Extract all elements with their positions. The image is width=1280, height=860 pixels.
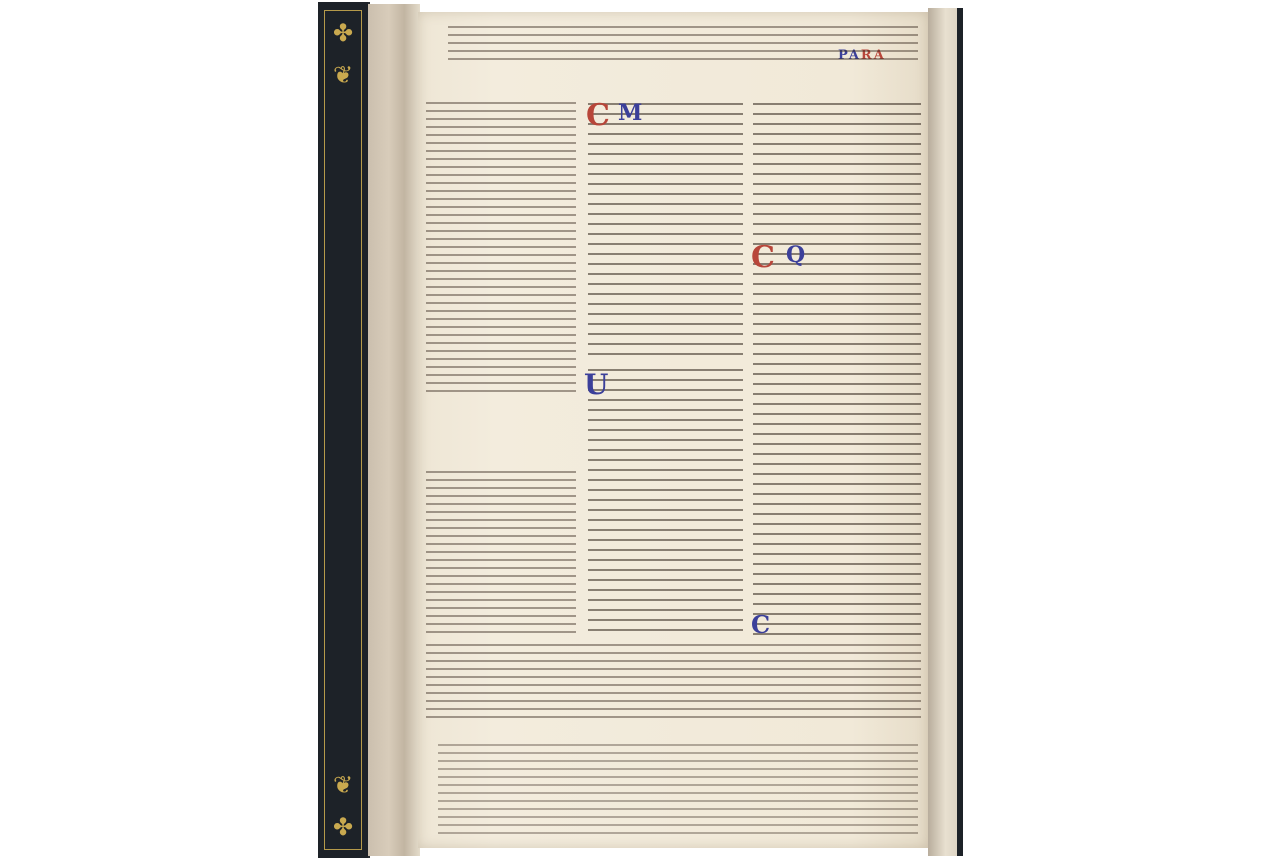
gilt-fleuron-icon: ✤ [330,814,356,840]
marginal-annotations [438,740,918,835]
bottom-gloss [426,640,921,720]
main-column-1-lower [588,364,743,634]
gilt-border [324,10,362,850]
initial-u-blue: U [584,368,608,401]
initial-c-red: C [586,98,610,133]
initial-q-blue: Q [786,242,805,268]
main-column-1-upper [588,98,743,358]
leather-binding: ✤ ❦ ❦ ✤ [318,2,370,858]
left-gloss-lower [426,467,576,637]
main-column-2 [753,98,921,638]
top-gloss [448,22,918,64]
initial-c-blue: C [751,610,770,639]
left-gloss-upper [426,98,576,398]
manuscript-book: ✤ ❦ ❦ ✤ PARA C M C Q U C [318,2,963,858]
gilt-scroll-icon: ❦ [330,62,356,88]
gilt-scroll-icon: ❦ [330,772,356,798]
initial-c-red: C [751,240,775,275]
manuscript-folio: PARA C M C Q U C [418,12,928,848]
page-block-edge [368,4,420,856]
gilt-fleuron-icon: ✤ [330,20,356,46]
initial-m-blue: M [618,100,642,126]
facing-page-edge [928,8,963,856]
